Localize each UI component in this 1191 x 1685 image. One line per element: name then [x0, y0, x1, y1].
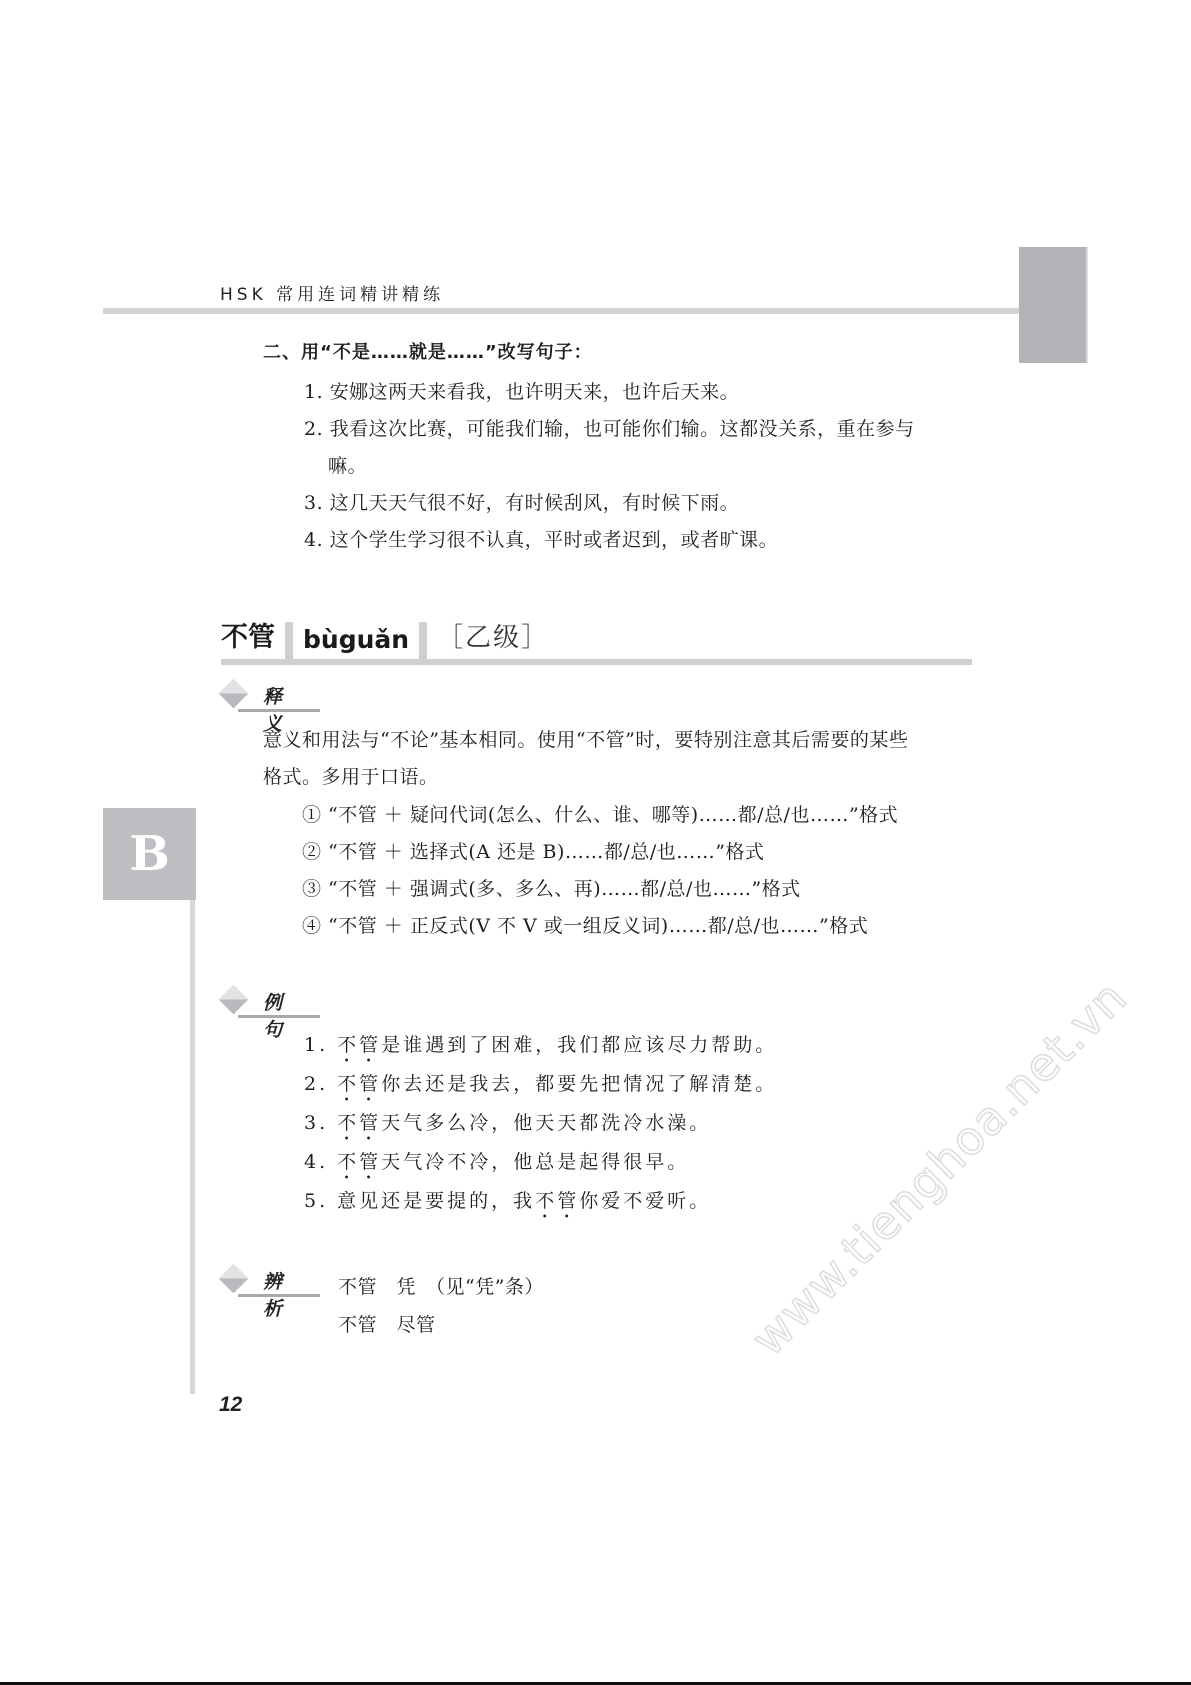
- analysis-label: 辨析: [263, 1267, 285, 1321]
- running-header: HSK 常用连词精讲精练: [220, 280, 444, 305]
- letter-tab-label: B: [129, 826, 170, 882]
- entry-separator: [419, 622, 427, 660]
- example-number: 1.: [304, 1034, 337, 1056]
- example-sentence: 2. 不管你去还是我去，都要先把情况了解清楚。: [304, 1069, 777, 1106]
- emphasized-keyword: 不管: [337, 1073, 381, 1095]
- emphasized-keyword: 不管: [535, 1190, 579, 1212]
- analysis-row: 不管 尽管: [338, 1310, 436, 1337]
- entry-level: ［乙级］: [437, 617, 549, 660]
- exercise-item: 3. 这几天天气很不好，有时候刮风，有时候下雨。: [304, 488, 739, 515]
- header-rule: [103, 308, 1020, 314]
- example-sentence: 4. 不管天气冷不冷，他总是起得很早。: [304, 1147, 689, 1184]
- emphasized-keyword: 不管: [337, 1034, 381, 1056]
- exercise-item: 1. 安娜这两天来看我，也许明天来，也许后天来。: [304, 377, 739, 404]
- entry-title: 不管 bùguǎn ［乙级］: [221, 600, 549, 660]
- exercise-item: 2. 我看这次比赛，可能我们输，也可能你们输。这都没关系，重在参与: [304, 414, 915, 441]
- example-text: 是谁遇到了困难，我们都应该尽力帮助。: [381, 1034, 777, 1056]
- analysis-row: 不管 凭 （见“凭”条）: [338, 1272, 544, 1299]
- example-text: 天气多么冷，他天天都洗冷水澡。: [381, 1112, 711, 1134]
- diamond-bullet-icon: [219, 679, 249, 709]
- example-number: 5.: [304, 1190, 337, 1212]
- exercise-item-continuation: 嘛。: [328, 451, 367, 478]
- exercise-item: 4. 这个学生学习很不认真，平时或者迟到，或者旷课。: [304, 525, 778, 552]
- watermark: www.tienghoa.net.vn: [741, 970, 1137, 1366]
- pattern-item: ③ “不管 ＋ 强调式(多、多么、再)……都/总/也……”格式: [302, 874, 801, 901]
- diamond-bullet-icon: [219, 1264, 249, 1294]
- example-sentence: 1. 不管是谁遇到了困难，我们都应该尽力帮助。: [304, 1030, 777, 1067]
- chapter-thumb-tab: [1019, 247, 1088, 363]
- entry-separator: [285, 622, 293, 660]
- pattern-item: ② “不管 ＋ 选择式(A 还是 B)……都/总/也……”格式: [302, 837, 764, 864]
- example-number: 3.: [304, 1112, 337, 1134]
- example-text: 你爱不爱听。: [579, 1190, 711, 1212]
- side-margin-rule: [190, 900, 195, 1394]
- entry-word: 不管: [221, 615, 275, 660]
- examples-label: 例句: [263, 988, 285, 1042]
- letter-tab: B: [103, 808, 196, 900]
- emphasized-keyword: 不管: [337, 1151, 381, 1173]
- entry-pinyin: bùguǎn: [303, 625, 409, 660]
- example-text: 意见还是要提的，我: [337, 1190, 535, 1212]
- emphasized-keyword: 不管: [337, 1112, 381, 1134]
- example-sentence: 3. 不管天气多么冷，他天天都洗冷水澡。: [304, 1108, 711, 1145]
- meaning-paragraph-line: 格式。多用于口语。: [263, 762, 439, 789]
- meaning-paragraph-line: 意义和用法与“不论”基本相同。使用“不管”时，要特别注意其后需要的某些: [263, 725, 908, 752]
- example-text: 天气冷不冷，他总是起得很早。: [381, 1151, 689, 1173]
- example-number: 2.: [304, 1073, 337, 1095]
- example-number: 4.: [304, 1151, 337, 1173]
- diamond-bullet-icon: [219, 985, 249, 1015]
- entry-underline: [221, 659, 972, 665]
- page-number: 12: [219, 1393, 242, 1417]
- example-text: 你去还是我去，都要先把情况了解清楚。: [381, 1073, 777, 1095]
- pattern-item: ④ “不管 ＋ 正反式(V 不 V 或一组反义词)……都/总/也……”格式: [302, 911, 868, 938]
- pattern-item: ① “不管 ＋ 疑问代词(怎么、什么、谁、哪等)……都/总/也……”格式: [302, 800, 898, 827]
- exercise-heading: 二、用“不是……就是……”改写句子：: [263, 338, 593, 364]
- example-sentence: 5. 意见还是要提的，我不管你爱不爱听。: [304, 1186, 711, 1223]
